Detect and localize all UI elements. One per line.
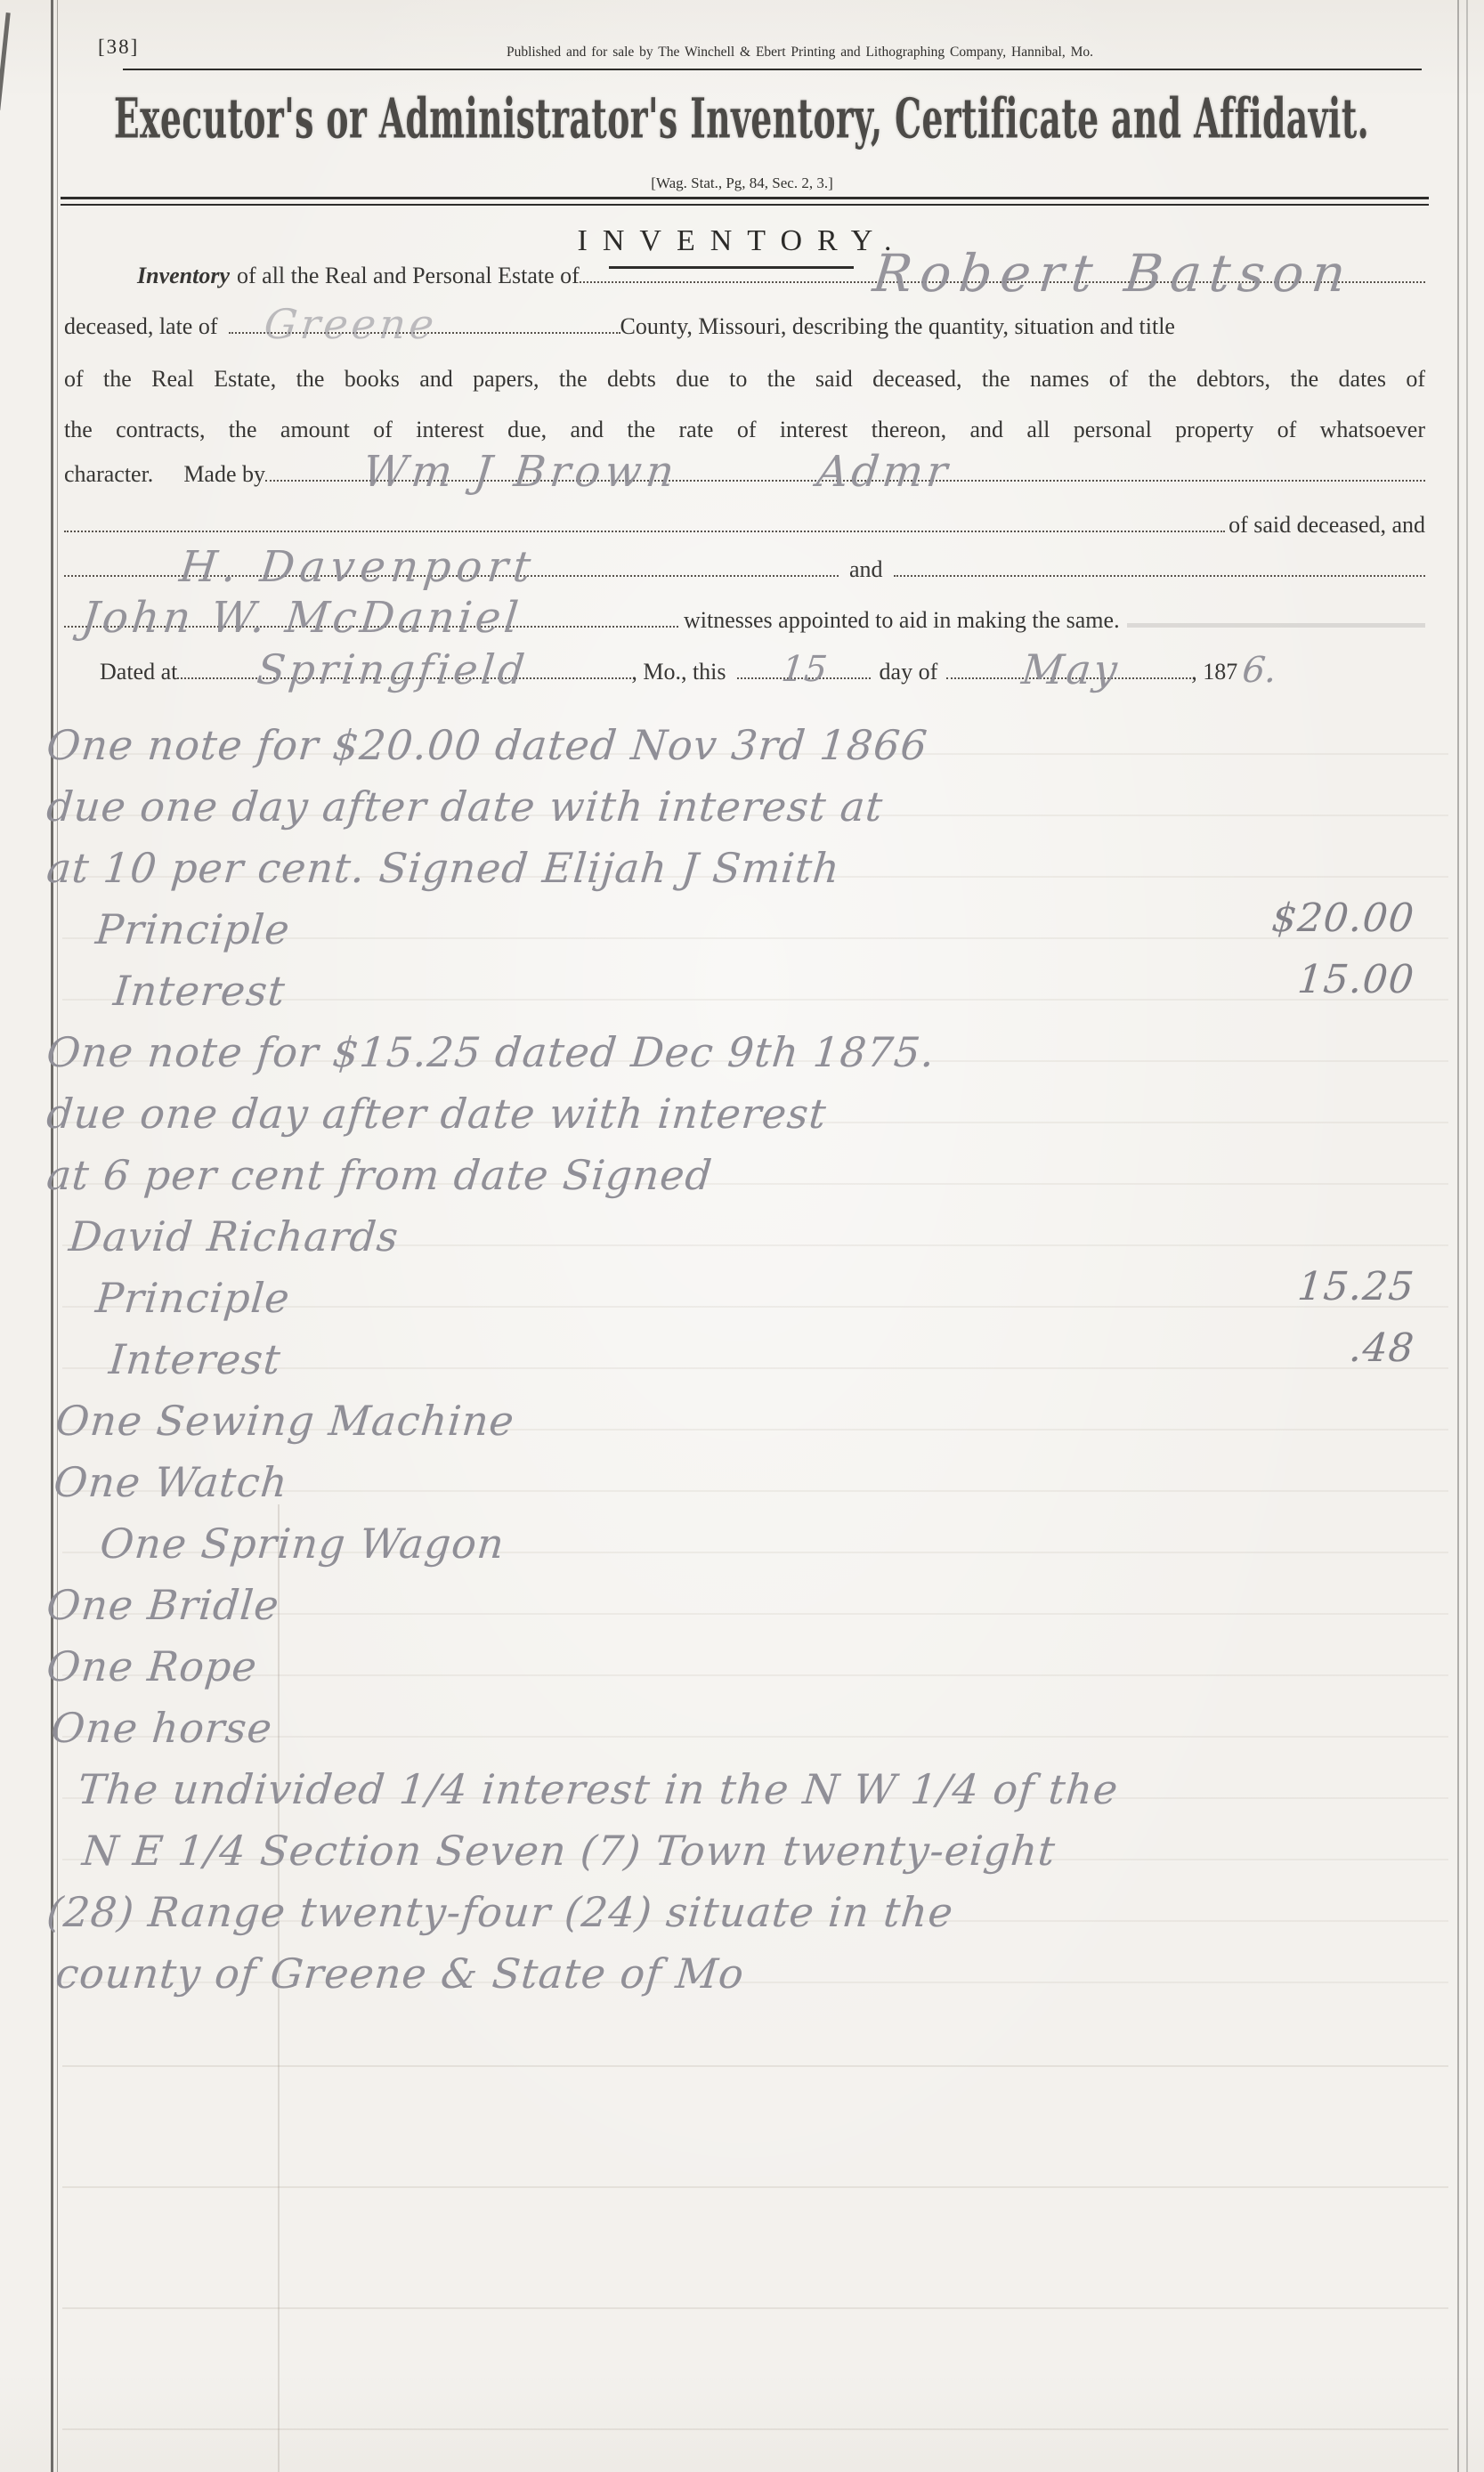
inventory-line-text: Interest xyxy=(107,1335,283,1383)
inventory-line-value: 15.00 xyxy=(1296,957,1425,1002)
inventory-line-text: at 10 per cent. Signed Elijah J Smith xyxy=(45,844,842,892)
form-text: County, Missouri, describing the quantit… xyxy=(620,312,1175,341)
form-text: Dated at xyxy=(100,658,177,686)
form-text: and xyxy=(849,555,883,584)
form-text: of all the Real and Personal Estate of xyxy=(237,262,580,290)
fill-line-witness-1: H. Davenport xyxy=(64,574,839,577)
title-double-rule-thick xyxy=(61,197,1429,199)
inventory-line: Interest15.00 xyxy=(44,967,1424,1028)
fill-line-blank xyxy=(64,530,1225,532)
inventory-line: Principle15.25 xyxy=(44,1274,1424,1335)
inventory-line-text: One Rope xyxy=(45,1642,259,1690)
fill-line-month: May xyxy=(946,677,1191,679)
inventory-line-text: The undivided 1/4 interest in the N W 1/… xyxy=(76,1765,1120,1813)
inventory-line: (28) Range twenty-four (24) situate in t… xyxy=(44,1888,1424,1949)
inventory-line: due one day after date with interest xyxy=(44,1090,1424,1151)
inventory-line: One Spring Wagon xyxy=(44,1520,1424,1581)
handwritten-administrator-name: Wm J Brown xyxy=(361,458,679,486)
document-title: Executor's or Administrator's Inventory,… xyxy=(0,86,1484,128)
inventory-line-value: $20.00 xyxy=(1270,896,1425,941)
form-line-body-1: of the Real Estate, the books and papers… xyxy=(64,365,1425,393)
publisher-line: Published and for sale by The Winchell &… xyxy=(294,45,1306,61)
form-line-witness-2: John W. McDaniel witnesses appointed to … xyxy=(64,606,1425,635)
handwritten-day: 15 xyxy=(780,655,828,684)
handwritten-year-digit: 6. xyxy=(1241,656,1278,685)
form-line-dated: Dated at Springfield , Mo., this 15 day … xyxy=(64,653,1425,686)
handwritten-administrator-title: Admr xyxy=(815,458,952,486)
handwritten-county: Greene xyxy=(263,310,438,338)
form-text: deceased, late of xyxy=(64,312,218,341)
handwritten-month: May xyxy=(1021,655,1122,684)
form-line-witness-1: H. Davenport and xyxy=(64,555,1425,584)
inventory-line-value: .48 xyxy=(1348,1325,1425,1371)
form-line-county: deceased, late of Greene County, Missour… xyxy=(64,312,1425,341)
form-text: of the Real Estate, the books and papers… xyxy=(64,365,1425,393)
handwritten-witness-2: John W. McDaniel xyxy=(80,604,523,632)
inventory-line: Principle$20.00 xyxy=(44,905,1424,967)
inventory-line-text: One Watch xyxy=(52,1458,289,1506)
inventory-line-text: N E 1/4 Section Seven (7) Town twenty-ei… xyxy=(80,1827,1058,1875)
inventory-line: at 6 per cent from date Signed xyxy=(44,1151,1424,1212)
inventory-line: The undivided 1/4 interest in the N W 1/… xyxy=(44,1765,1424,1827)
inventory-line: at 10 per cent. Signed Elijah J Smith xyxy=(44,844,1424,905)
inventory-line-text: One Sewing Machine xyxy=(53,1397,516,1445)
inventory-line: Interest.48 xyxy=(44,1335,1424,1397)
inventory-line-text: county of Greene & State of Mo xyxy=(53,1949,746,1998)
inventory-line-text: One horse xyxy=(49,1704,274,1752)
inventory-line: One Bridle xyxy=(44,1581,1424,1642)
form-text: Made by xyxy=(183,460,265,489)
faint-ruled-lines-lower xyxy=(62,2065,1448,2439)
form-text: the contracts, the amount of interest du… xyxy=(64,416,1425,444)
fill-line-estate-name: Robert Batson xyxy=(580,280,1425,283)
inventory-line-text: One note for $15.25 dated Dec 9th 1875. xyxy=(45,1028,937,1076)
inventory-line-value: 15.25 xyxy=(1296,1264,1425,1309)
inventory-line-text: David Richards xyxy=(67,1212,401,1260)
fill-line-county: Greene xyxy=(229,331,620,334)
handwritten-inventory-list: One note for $20.00 dated Nov 3rd 1866 d… xyxy=(46,721,1422,2011)
inventory-line-text: One note for $20.00 dated Nov 3rd 1866 xyxy=(45,721,929,769)
handwritten-deceased-name: Robert Batson xyxy=(872,259,1354,288)
title-double-rule-thin xyxy=(61,204,1429,206)
inventory-line: due one day after date with interest at xyxy=(44,782,1424,844)
pencil-smudge xyxy=(1127,622,1425,628)
right-page-edge-outer xyxy=(1457,0,1459,2472)
document-page: [38] Published and for sale by The Winch… xyxy=(0,0,1484,2472)
header-rule xyxy=(123,69,1422,70)
inventory-line-text: at 6 per cent from date Signed xyxy=(45,1151,714,1199)
form-line-of-said-deceased: of said deceased, and xyxy=(64,511,1425,539)
inventory-line: One Rope xyxy=(44,1642,1424,1704)
inventory-line-text: Principle xyxy=(93,905,292,953)
form-line-made-by: character. Made by Wm J Brown Admr xyxy=(64,460,1425,489)
inventory-line: county of Greene & State of Mo xyxy=(44,1949,1424,2011)
form-line-estate-of: Inventory of all the Real and Personal E… xyxy=(64,262,1425,290)
inventory-line: One note for $15.25 dated Dec 9th 1875. xyxy=(44,1028,1424,1090)
inventory-line: One Sewing Machine xyxy=(44,1397,1424,1458)
inventory-line-text: due one day after date with interest at xyxy=(45,782,885,831)
inventory-line: David Richards xyxy=(44,1212,1424,1274)
fill-line-place: Springfield xyxy=(177,677,631,679)
form-text: , Mo., this xyxy=(631,658,726,686)
form-text: , 187 xyxy=(1191,658,1237,686)
form-line-body-2: the contracts, the amount of interest du… xyxy=(64,416,1425,444)
handwritten-witness-1: H. Davenport xyxy=(178,553,537,581)
inventory-line-text: (28) Range twenty-four (24) situate in t… xyxy=(45,1888,955,1936)
fill-line-made-by: Wm J Brown Admr xyxy=(265,479,1425,482)
right-page-edge-inner xyxy=(1466,0,1468,2472)
inventory-line: One Watch xyxy=(44,1458,1424,1520)
form-word-inventory: Inventory xyxy=(137,262,230,290)
fill-line-blank-2 xyxy=(894,574,1425,577)
form-text: day of xyxy=(880,658,938,686)
handwritten-place: Springfield xyxy=(256,655,530,684)
statute-reference: [Wag. Stat., Pg, 84, Sec. 2, 3.] xyxy=(0,174,1484,192)
inventory-line-text: One Bridle xyxy=(45,1581,281,1629)
inventory-line: N E 1/4 Section Seven (7) Town twenty-ei… xyxy=(44,1827,1424,1888)
page-number: [38] xyxy=(98,36,139,59)
inventory-line-text: One Spring Wagon xyxy=(98,1520,507,1568)
inventory-line: One horse xyxy=(44,1704,1424,1765)
form-text: witnesses appointed to aid in making the… xyxy=(684,606,1120,635)
fill-line-witness-2: John W. McDaniel xyxy=(64,625,678,628)
inventory-line-text: Interest xyxy=(111,967,288,1015)
inventory-line-text: due one day after date with interest xyxy=(45,1090,828,1138)
fill-line-day: 15 xyxy=(737,677,871,679)
form-text: of said deceased, and xyxy=(1229,511,1425,539)
form-text: character. xyxy=(64,460,153,489)
inventory-line-text: Principle xyxy=(93,1274,292,1322)
inventory-line: One note for $20.00 dated Nov 3rd 1866 xyxy=(44,721,1424,782)
